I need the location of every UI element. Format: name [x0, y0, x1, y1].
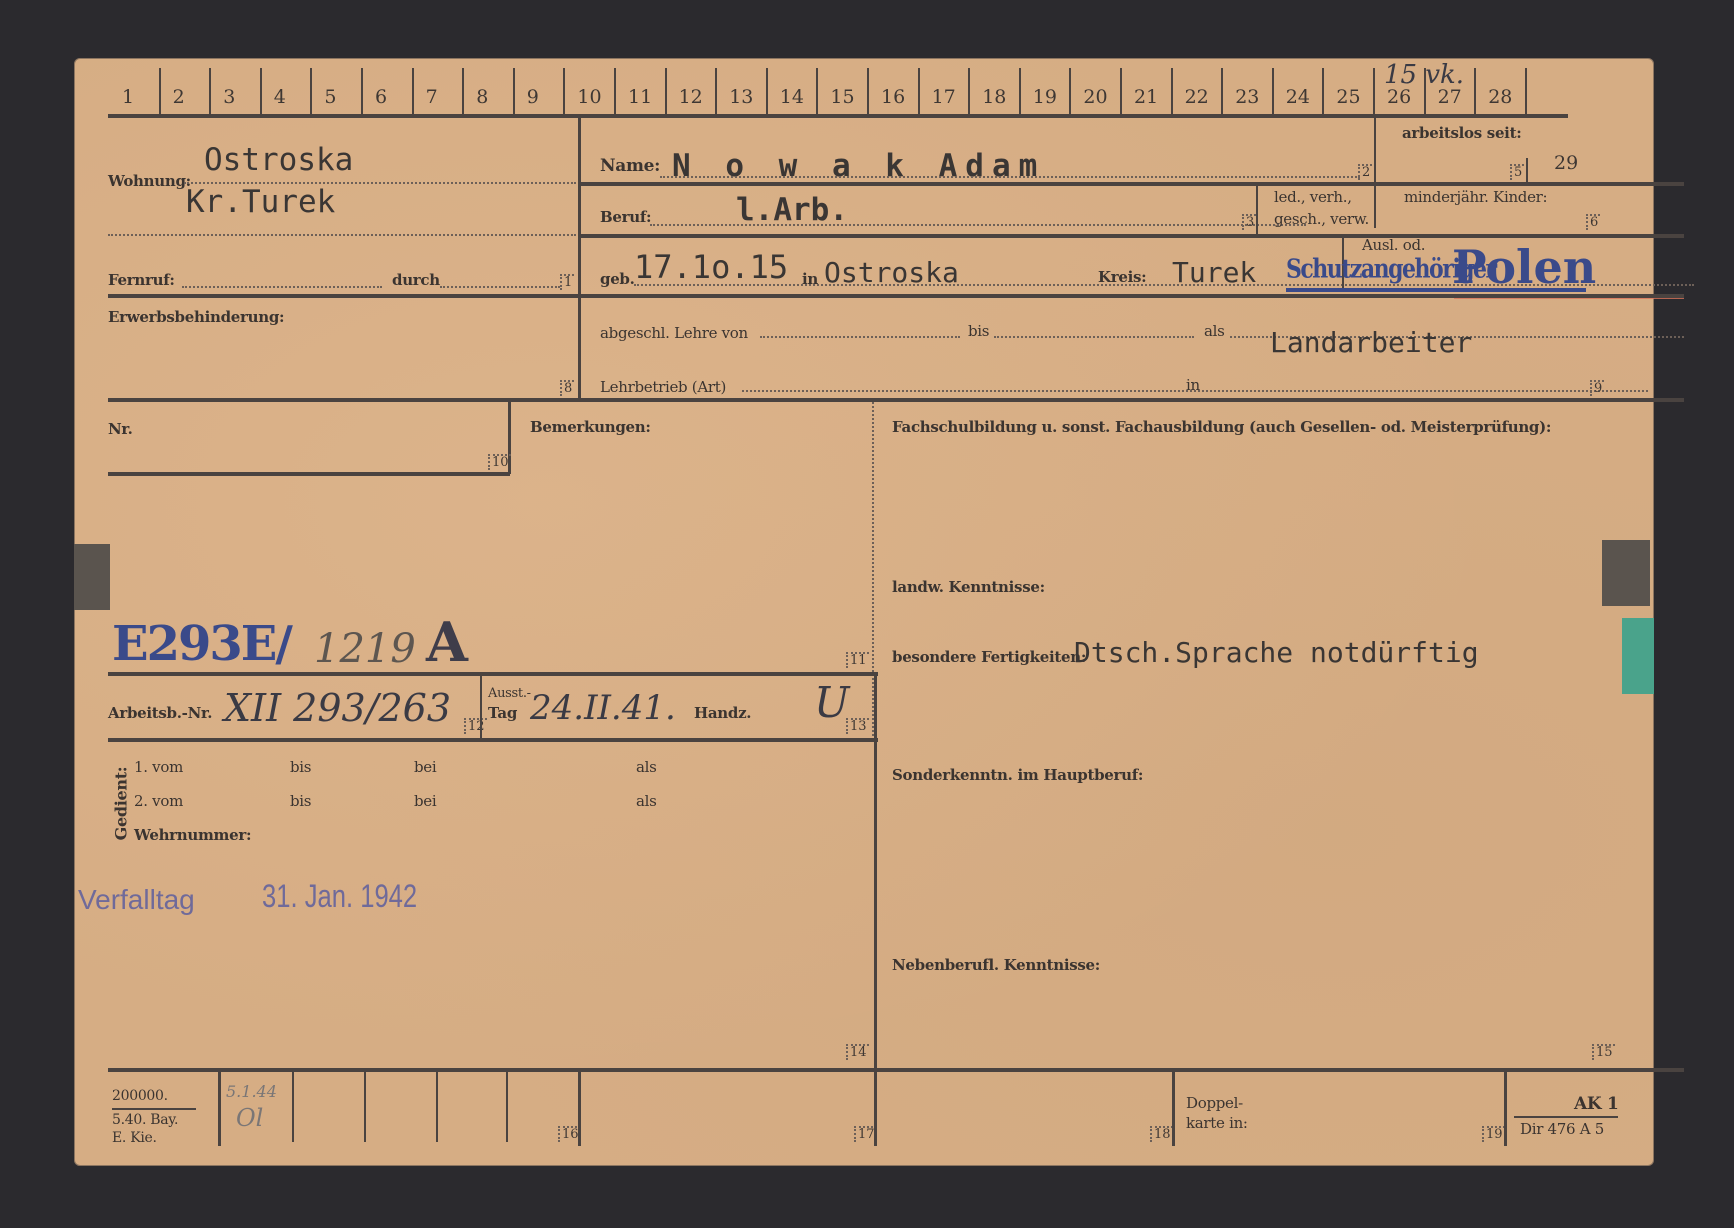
- ruler-tick: [1373, 68, 1375, 114]
- military-row1-bei: bei: [414, 758, 436, 776]
- ruler-number: 15: [830, 86, 854, 108]
- ruler-tick: [715, 68, 717, 114]
- beruf-label: Beruf:: [600, 208, 651, 226]
- ruler-number: 16: [881, 86, 905, 108]
- ruler-tick: [513, 68, 515, 114]
- field-number-6: 6: [1586, 214, 1600, 230]
- als-value: Landarbeiter: [1270, 326, 1472, 359]
- field-number-15: 15: [1592, 1044, 1615, 1060]
- arbeitsbuch-bottom-line: [108, 738, 878, 742]
- ruler-number: 8: [476, 86, 488, 108]
- ruler-number: 12: [679, 86, 703, 108]
- ruler-tick: [1069, 68, 1071, 114]
- handwritten-initials: Ol: [236, 1104, 263, 1132]
- ruler-tick: [1019, 68, 1021, 114]
- arbeitslos-underline: [1374, 182, 1684, 186]
- ruler-number: 20: [1083, 86, 1107, 108]
- ruler-tick: [159, 68, 161, 114]
- ruler-tick: [968, 68, 970, 114]
- fachschul-label: Fachschulbildung u. sonst. Fachausbildun…: [892, 418, 1551, 436]
- ruler-number: 11: [628, 86, 652, 108]
- beruf-underline: [580, 234, 1684, 238]
- footer-col-1: [218, 1068, 221, 1146]
- kinder-label: minderjähr. Kinder:: [1404, 188, 1547, 206]
- ruler-tick: [462, 68, 464, 114]
- ruler-tick: [1221, 68, 1223, 114]
- ruler-number: 13: [729, 86, 753, 108]
- nationality-stamp: Polen: [1452, 240, 1596, 294]
- field-number-2: 2: [1358, 164, 1372, 180]
- right-green-tab: [1622, 618, 1654, 694]
- ruler-tick: [260, 68, 262, 114]
- geb-underline: [580, 294, 1684, 298]
- bemerkungen-label: Bemerkungen:: [530, 418, 651, 436]
- lehrbetrieb-label: Lehrbetrieb (Art): [600, 378, 726, 396]
- ruler-number: 4: [274, 86, 286, 108]
- ausst-label-line1: Ausst.-: [488, 686, 531, 701]
- ausst-label-line2: Tag: [488, 704, 517, 722]
- ausst-value: 24.II.41.: [530, 688, 676, 728]
- ruler-number: 22: [1185, 86, 1209, 108]
- footer-col-4: [436, 1072, 438, 1142]
- ruler-number: 24: [1286, 86, 1310, 108]
- field-number-1: 1: [560, 274, 574, 290]
- beruf-dotline: [650, 224, 1306, 226]
- field-number-14: 14: [846, 1044, 869, 1060]
- ruler-number: 21: [1134, 86, 1158, 108]
- handz-value: U: [814, 678, 849, 727]
- ruler-tick: [1120, 68, 1122, 114]
- familienstand-line1: led., verh.,: [1274, 188, 1352, 206]
- footer-top-line: [108, 1068, 1684, 1072]
- ruler-number: 2: [173, 86, 185, 108]
- wehrnummer-label: Wehrnummer:: [134, 826, 251, 844]
- right-index-tab: [1602, 540, 1650, 606]
- wohnung-dotline: [184, 182, 576, 184]
- field-number-8: 8: [560, 380, 574, 396]
- fernruf-label: Fernruf:: [108, 271, 175, 289]
- sonderkenntn-label: Sonderkenntn. im Hauptberuf:: [892, 766, 1143, 784]
- expiry-label: Verfalltag: [78, 884, 195, 916]
- reference-stamp-suffix: A: [426, 610, 468, 674]
- name-label: Name:: [600, 156, 660, 176]
- geb-label: geb.: [600, 270, 635, 288]
- arbeitsbuch-top-line: [108, 672, 878, 676]
- military-row2-vom: 2. vom: [134, 792, 183, 810]
- form-ref: Dir 476 A 5: [1520, 1120, 1604, 1138]
- ruler-baseline: [108, 114, 1568, 118]
- nr-label: Nr.: [108, 420, 133, 438]
- lehre-bis-dotline: [994, 336, 1194, 338]
- ruler-number: 19: [1033, 86, 1057, 108]
- ruler-number: 1: [122, 86, 134, 108]
- arbeitslos-label: arbeitslos seit:: [1402, 124, 1521, 142]
- nr-box-bottom-line: [108, 472, 510, 476]
- ruler-number: 9: [527, 86, 539, 108]
- handwritten-date: 5.1.44: [226, 1082, 277, 1101]
- durch-dotline: [440, 286, 560, 288]
- beruf-value: l.Arb.: [736, 192, 848, 228]
- ruler-tick: [412, 68, 414, 114]
- field-number-5: 5: [1510, 164, 1524, 180]
- top-section-bottom-line: [108, 398, 1684, 402]
- military-row1-vom: 1. vom: [134, 758, 183, 776]
- left-index-tab: [74, 544, 110, 610]
- military-row2-als: als: [636, 792, 657, 810]
- ruler-tick: [563, 68, 565, 114]
- fertigkeiten-value: Dtsch.Sprache notdürftig: [1074, 636, 1479, 669]
- doppelkarte-line2: karte in:: [1186, 1114, 1248, 1132]
- ruler-tick: [1322, 68, 1324, 114]
- ruler-tick: [766, 68, 768, 114]
- footer-col-8: [1172, 1068, 1175, 1146]
- fernruf-dotline: [182, 286, 382, 288]
- ruler-tick: [816, 68, 818, 114]
- ruler-tick: [665, 68, 667, 114]
- divider-address-person: [578, 118, 581, 400]
- footer-col-3: [364, 1072, 366, 1142]
- nebenberufl-label: Nebenberufl. Kenntnisse:: [892, 956, 1100, 974]
- kreis-label: Kreis:: [1098, 268, 1146, 286]
- ruler-tick: [1474, 68, 1476, 114]
- handz-label: Handz.: [694, 704, 751, 722]
- military-row1-als: als: [636, 758, 657, 776]
- ruler-number: 23: [1235, 86, 1259, 108]
- erwerbsbehinderung-label: Erwerbsbehinderung:: [108, 308, 284, 326]
- reference-stamp-prefix: E293E/: [112, 616, 291, 672]
- ruler-tick: [1171, 68, 1173, 114]
- ruler-number: 5: [324, 86, 336, 108]
- ruler-tick: [209, 68, 211, 114]
- lehrbetrieb-in-label: in: [1186, 376, 1200, 394]
- print-info-line2: E. Kie.: [112, 1130, 157, 1146]
- military-row2-bei: bei: [414, 792, 436, 810]
- ruler-number: 10: [577, 86, 601, 108]
- field-29: 29: [1554, 152, 1578, 174]
- reference-handwritten-number: 1219: [314, 626, 416, 672]
- name-underline: [580, 182, 1374, 186]
- ruler-tick: [867, 68, 869, 114]
- durch-label: durch: [392, 271, 440, 289]
- ausl-label: Ausl. od.: [1362, 236, 1425, 254]
- ruler-handwritten-note: 15 vk.: [1384, 60, 1464, 90]
- field-number-19: 19: [1482, 1126, 1505, 1142]
- military-row2-bis: bis: [290, 792, 311, 810]
- arbeitsbuch-nr-value: XII 293/263: [224, 686, 451, 730]
- expiry-value: 31. Jan. 1942: [262, 878, 417, 915]
- wohnung-label: Wohnung:: [108, 172, 191, 190]
- arbeitsbuch-index-card: 1234567891011121314151617181920212223242…: [74, 58, 1654, 1166]
- ruler-number: 17: [932, 86, 956, 108]
- footer-col-5: [506, 1072, 508, 1142]
- print-run: 200000.: [112, 1088, 168, 1104]
- stamp-underline: [1286, 288, 1586, 292]
- name-value: N o w a k Adam: [672, 148, 1045, 184]
- military-row1-bis: bis: [290, 758, 311, 776]
- field-number-11: 11: [846, 652, 869, 668]
- name-dotline: [660, 176, 1360, 178]
- ruler-tick: [918, 68, 920, 114]
- field-number-3: 3: [1242, 214, 1256, 230]
- ruler-number: 18: [982, 86, 1006, 108]
- landw-label: landw. Kenntnisse:: [892, 578, 1045, 596]
- ruler-tick: [310, 68, 312, 114]
- field-number-13: 13: [846, 718, 869, 734]
- ruler-number: 14: [780, 86, 804, 108]
- lehre-dotline: [760, 336, 960, 338]
- kreis-value: Turek: [1172, 256, 1256, 289]
- field-number-12: 12: [464, 718, 487, 734]
- lehre-bis-label: bis: [968, 322, 989, 340]
- wohnung-dotline-2: [108, 234, 576, 236]
- footer-col-9: [1504, 1068, 1507, 1146]
- divider-ausst: [480, 672, 482, 738]
- field-number-10: 10: [488, 454, 511, 470]
- address-line2: Kr.Turek: [186, 184, 335, 220]
- ruler-tick: [361, 68, 363, 114]
- gedient-label: Gedient:: [111, 767, 130, 841]
- ruler-tick: [1272, 68, 1274, 114]
- geb-value: 17.1o.15: [634, 248, 788, 286]
- fertigkeiten-label: besondere Fertigkeiten:: [892, 648, 1086, 666]
- print-info-line1: 5.40. Bay.: [112, 1112, 178, 1128]
- address-line1: Ostroska: [204, 142, 353, 178]
- ruler-number: 7: [426, 86, 438, 108]
- arbeitsbuch-right-border: [874, 672, 877, 1072]
- ruler-number: 3: [223, 86, 235, 108]
- footer-col-6: [578, 1068, 581, 1146]
- field-number-9: 9: [1590, 380, 1604, 396]
- print-run-divider: [112, 1108, 196, 1110]
- lehre-label: abgeschl. Lehre von: [600, 324, 748, 342]
- ruler-number: 6: [375, 86, 387, 108]
- ruler-number: 28: [1488, 86, 1512, 108]
- divider-arbeitslos: [1374, 118, 1376, 228]
- familienstand-line2: gesch., verw.: [1274, 210, 1369, 228]
- form-code-divider: [1514, 1116, 1618, 1118]
- address-fernruf-line: [108, 294, 578, 298]
- doppelkarte-line1: Doppel-: [1186, 1094, 1243, 1112]
- ruler-tick: [1525, 68, 1527, 114]
- footer-col-7: [874, 1068, 877, 1146]
- footer-col-2: [292, 1072, 294, 1142]
- ruler-tick: [614, 68, 616, 114]
- form-code: AK 1: [1574, 1094, 1619, 1114]
- ruler-number: 25: [1336, 86, 1360, 108]
- lehre-als-label: als: [1204, 322, 1225, 340]
- divider-arbeitslos-29: [1526, 158, 1528, 182]
- arbeitsbuch-nr-label: Arbeitsb.-Nr.: [108, 704, 212, 722]
- divider-familienstand: [1256, 182, 1258, 234]
- field-number-18: 18: [1150, 1126, 1173, 1142]
